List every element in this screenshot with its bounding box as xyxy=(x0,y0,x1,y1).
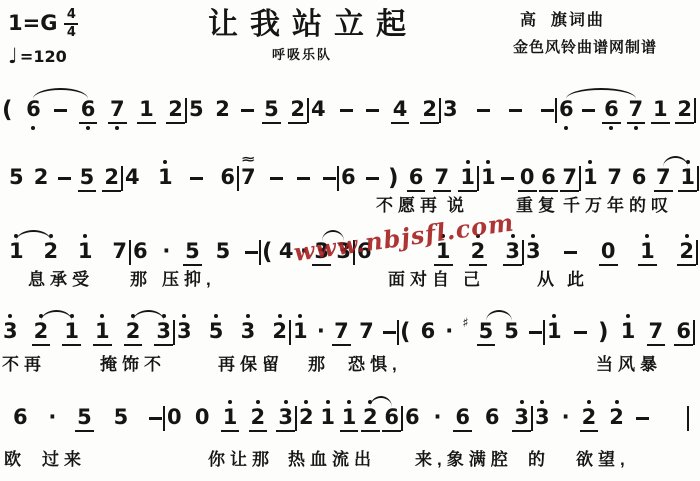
note-digit: 3 xyxy=(443,99,458,120)
eighth-underline xyxy=(651,122,670,124)
barline xyxy=(694,98,696,123)
octave-dot-above xyxy=(645,234,649,238)
eighth-underline xyxy=(183,264,202,266)
measure: 3·22 xyxy=(534,398,686,440)
note-digit: 6 xyxy=(421,321,436,342)
note-digit: 1 xyxy=(583,167,598,188)
eighth-underline xyxy=(580,430,599,432)
note-token: 3 xyxy=(534,398,551,440)
measure: 1·77 xyxy=(292,312,396,354)
note-token: 1 xyxy=(138,90,155,132)
eighth-underline xyxy=(434,264,453,266)
barline xyxy=(687,406,689,431)
note-token: 7 xyxy=(111,232,128,274)
sharp-icon: ♯ xyxy=(462,317,468,330)
duration-dash xyxy=(582,109,595,112)
measure: (6·♯55 xyxy=(400,312,542,354)
barline xyxy=(185,98,187,123)
octave-dot-above xyxy=(615,400,619,404)
note-digit: 6 xyxy=(81,99,96,120)
note-token: 1 xyxy=(77,232,94,274)
note-digit: 5 xyxy=(114,407,129,428)
eighth-underline xyxy=(62,344,81,346)
eighth-underline xyxy=(332,344,351,346)
lyric-text: 那 xyxy=(130,270,152,290)
octave-dot-above xyxy=(278,314,282,318)
barline xyxy=(401,406,403,431)
eighth-underline xyxy=(477,344,496,346)
note-digit: 6 xyxy=(220,167,235,188)
note-token: 2 xyxy=(167,90,184,132)
note-digit: 2 xyxy=(34,167,49,188)
score-line-4: 32112335321·77(6·♯551)176 xyxy=(2,312,696,354)
note-digit: 5 xyxy=(80,167,95,188)
note-token: 2 xyxy=(676,90,693,132)
barline xyxy=(696,240,698,265)
duration-dash xyxy=(297,177,310,180)
lyric-text: 此 xyxy=(567,270,589,290)
duration-dash xyxy=(564,251,577,254)
note-token: 7 xyxy=(358,312,375,354)
duration-dash xyxy=(541,109,554,112)
note-token: 3 xyxy=(176,312,193,354)
octave-dot-above xyxy=(246,314,250,318)
note-digit: 1 xyxy=(547,321,562,342)
barline xyxy=(237,166,239,191)
note-digit: 2 xyxy=(471,241,486,262)
lyric-text: 从 xyxy=(537,270,559,290)
barline xyxy=(579,166,581,191)
note-digit: 5 xyxy=(264,99,279,120)
note-token: 5 xyxy=(76,398,93,440)
note-digit: 3 xyxy=(514,407,529,428)
note-token: 0 xyxy=(600,232,617,274)
lyric-text: 当风暴 xyxy=(596,355,662,375)
duration-dash xyxy=(323,177,336,180)
octave-dot-above xyxy=(214,314,218,318)
note-digit: 6 xyxy=(632,167,647,188)
measure: 6·663 xyxy=(404,398,530,440)
note-digit: 7 xyxy=(241,167,256,188)
note-token: 6 xyxy=(675,312,692,354)
lyric-text: 不再 xyxy=(2,355,46,375)
open-paren: ( xyxy=(262,235,273,274)
lyric-text: 息承受 xyxy=(28,270,94,290)
note-digit: 2 xyxy=(582,407,597,428)
octave-dot-above xyxy=(83,234,87,238)
note-token: 6 xyxy=(484,398,501,440)
octave-dot-above xyxy=(552,314,556,318)
note-digit: 1 xyxy=(460,167,475,188)
eighth-underline xyxy=(340,430,359,432)
score-line-2: 52524167≈6)671106717671 xyxy=(8,158,700,200)
note-token: 4 xyxy=(310,90,327,132)
octave-dot-above xyxy=(588,160,592,164)
duration-dash xyxy=(54,109,67,112)
octave-dot-above xyxy=(284,400,288,404)
octave-dot-above xyxy=(256,400,260,404)
note-digit: 1 xyxy=(653,99,668,120)
eighth-underline xyxy=(382,430,401,432)
lyric-text: 你让那 xyxy=(208,450,274,470)
lyric-text: 重复 xyxy=(516,196,560,216)
note-token: 1 xyxy=(341,398,358,440)
note-digit: 3 xyxy=(156,321,171,342)
duration-dash xyxy=(574,331,587,334)
note-token: 7 xyxy=(434,158,451,200)
duration-dash xyxy=(340,109,353,112)
eighth-underline xyxy=(677,264,696,266)
duration-dash xyxy=(501,177,514,180)
note-digit: 6 xyxy=(676,321,691,342)
note-digit: 1 xyxy=(481,167,496,188)
note-token: 7 xyxy=(561,158,578,200)
note-token: 5 xyxy=(184,232,201,274)
note-digit: 6 xyxy=(409,167,424,188)
measure: 7≈ xyxy=(240,158,336,200)
note-token: 5 xyxy=(79,158,96,200)
eighth-underline xyxy=(675,122,694,124)
duration-dash xyxy=(529,331,542,334)
note-token: 1 xyxy=(639,232,656,274)
eighth-underline xyxy=(674,344,693,346)
note-digit: 7 xyxy=(334,321,349,342)
note-digit: 6 xyxy=(341,167,356,188)
eighth-underline xyxy=(78,190,97,192)
note-token: 2 xyxy=(298,398,315,440)
note-token: 7 xyxy=(109,90,126,132)
measure: 00123 xyxy=(166,398,294,440)
note-token: 2 xyxy=(214,90,231,132)
lyric-text: 不愿再 xyxy=(376,196,442,216)
note-digit: 2 xyxy=(422,99,437,120)
note-token: 5 xyxy=(188,90,205,132)
measure: 1067 xyxy=(480,158,578,200)
note-digit: 4 xyxy=(311,99,326,120)
note-digit: 6 xyxy=(384,407,399,428)
eighth-underline xyxy=(433,190,452,192)
note-token: 0 xyxy=(519,158,536,200)
note-digit: 1 xyxy=(640,241,655,262)
note-token: 1 xyxy=(546,312,563,354)
octave-dot-above xyxy=(685,234,689,238)
note-digit: 6 xyxy=(13,407,28,428)
note-token: 6 xyxy=(540,158,557,200)
octave-dot-above xyxy=(163,160,167,164)
note-digit: 1 xyxy=(95,321,110,342)
note-token: 6 xyxy=(408,158,425,200)
measure: (66712 xyxy=(2,90,184,132)
note-digit: 5 xyxy=(77,407,92,428)
octave-dot-above xyxy=(486,160,490,164)
note-digit: 1 xyxy=(320,407,335,428)
note-digit: 3 xyxy=(505,241,520,262)
octave-dot-above xyxy=(182,314,186,318)
eighth-underline xyxy=(262,122,281,124)
eighth-underline xyxy=(469,264,488,266)
eighth-underline xyxy=(249,430,268,432)
note-digit: 3 xyxy=(278,407,293,428)
lyric-text: 那 xyxy=(308,355,330,375)
note-digit: 1 xyxy=(9,241,24,262)
barline xyxy=(173,320,175,345)
measure: 416 xyxy=(124,158,236,200)
note-digit: 6 xyxy=(133,241,148,262)
eighth-underline xyxy=(166,122,185,124)
eighth-underline xyxy=(391,122,410,124)
octave-dot-below xyxy=(609,126,613,130)
note-digit: 2 xyxy=(104,167,119,188)
barline xyxy=(289,320,291,345)
measure: 6)671 xyxy=(340,158,476,200)
note-token: 7 xyxy=(648,312,665,354)
measure: 5252 xyxy=(188,90,306,132)
note-token: 1 xyxy=(157,158,174,200)
note-digit: 3 xyxy=(177,321,192,342)
eighth-underline xyxy=(560,190,579,192)
barline xyxy=(555,98,557,123)
octave-dot-below xyxy=(634,126,638,130)
eighth-underline xyxy=(647,344,666,346)
note-token: 1 xyxy=(94,312,111,354)
note-token: 3 xyxy=(277,398,294,440)
octave-dot-above xyxy=(587,400,591,404)
note-digit: 5 xyxy=(504,321,519,342)
note-digit: 1 xyxy=(158,167,173,188)
spacer xyxy=(660,430,686,440)
note-token: 2 xyxy=(33,158,50,200)
lyric-text: 热血流出 xyxy=(288,450,376,470)
lyric-text: 来,象满腔 xyxy=(415,450,513,470)
note-token: 6 xyxy=(12,398,29,440)
augmentation-dot: · xyxy=(445,312,453,354)
note-digit: 5 xyxy=(216,241,231,262)
duration-dash xyxy=(58,177,71,180)
octave-dot-below xyxy=(31,126,35,130)
lyric-text: 欲望, xyxy=(576,450,630,470)
note-token: 7 xyxy=(333,312,350,354)
note-digit: 1 xyxy=(621,321,636,342)
note-token: 2 xyxy=(581,398,598,440)
note-digit: 4 xyxy=(393,99,408,120)
eighth-underline xyxy=(124,344,143,346)
barline xyxy=(697,166,699,191)
note-digit: 6 xyxy=(485,407,500,428)
eighth-underline xyxy=(420,122,439,124)
eighth-underline xyxy=(32,344,51,346)
close-paren: ) xyxy=(598,315,609,354)
measure: 6·55 xyxy=(12,398,162,440)
note-token: 7≈ xyxy=(240,158,257,200)
eighth-underline xyxy=(288,122,307,124)
barline xyxy=(531,406,533,431)
lyric-text: 的 xyxy=(528,450,550,470)
note-token: 0 xyxy=(194,398,211,440)
augmentation-dot: · xyxy=(317,312,325,354)
duration-dash xyxy=(245,251,258,254)
lyric-text: 压抑, xyxy=(162,270,216,290)
sheet-music-page: { "header": { "key": "1=G", "time_num": … xyxy=(0,0,700,481)
barline xyxy=(295,406,297,431)
note-token: 4 xyxy=(124,158,141,200)
note-digit: 5 xyxy=(9,167,24,188)
note-token: 0 xyxy=(166,398,183,440)
note-digit: 5 xyxy=(209,321,224,342)
note-token: 2 xyxy=(271,312,288,354)
octave-dot-above xyxy=(100,314,104,318)
measure: 1)176 xyxy=(546,312,692,354)
note-digit: 2 xyxy=(272,321,287,342)
note-digit: 1 xyxy=(223,407,238,428)
note-digit: 7 xyxy=(607,167,622,188)
augmentation-dot: · xyxy=(162,232,170,274)
octave-dot-above xyxy=(531,234,535,238)
note-digit: 1 xyxy=(64,321,79,342)
note-digit: 6 xyxy=(26,99,41,120)
note-token: 1 xyxy=(222,398,239,440)
note-token: 6 xyxy=(454,398,471,440)
note-digit: 3 xyxy=(535,407,550,428)
note-token: 3 xyxy=(240,312,257,354)
note-digit: 6 xyxy=(604,99,619,120)
note-digit: 4 xyxy=(125,167,140,188)
barline xyxy=(163,406,165,431)
eighth-underline xyxy=(602,122,621,124)
lyric-text: 面对自 xyxy=(388,270,454,290)
duration-dash xyxy=(241,109,254,112)
note-digit: 3 xyxy=(3,321,18,342)
note-token: 5 xyxy=(208,312,225,354)
augmentation-dot: · xyxy=(562,398,570,440)
note-token: 4 xyxy=(392,90,409,132)
close-paren: ) xyxy=(388,161,399,200)
barline xyxy=(129,240,131,265)
note-digit: 3 xyxy=(241,321,256,342)
note-digit: 1 xyxy=(293,321,308,342)
eighth-underline xyxy=(654,190,673,192)
barline xyxy=(307,98,309,123)
measure: 3012 xyxy=(525,232,695,274)
lyric-text: 恐惧, xyxy=(348,355,402,375)
duration-dash xyxy=(383,331,396,334)
octave-dot-above xyxy=(520,400,524,404)
eighth-underline xyxy=(599,264,618,266)
octave-dot-below xyxy=(564,126,568,130)
score-line-5: 6·5500123211266·6633·22 xyxy=(12,398,690,440)
measure: 5252 xyxy=(8,158,120,200)
duration-dash xyxy=(509,109,522,112)
note-token: 5 xyxy=(8,158,25,200)
eighth-underline xyxy=(453,430,472,432)
duration-dash xyxy=(270,177,283,180)
note-token: 1 xyxy=(620,312,637,354)
note-token: 2 xyxy=(608,398,625,440)
octave-dot-above xyxy=(298,314,302,318)
eighth-underline xyxy=(221,430,240,432)
note-token: 6 xyxy=(404,398,421,440)
note-token: 6 xyxy=(340,158,357,200)
note-digit: 7 xyxy=(110,99,125,120)
barline xyxy=(121,166,123,191)
note-token: 3 xyxy=(442,90,459,132)
note-token: 3 xyxy=(504,232,521,274)
note-digit: 1 xyxy=(139,99,154,120)
eighth-underline xyxy=(458,190,477,192)
measure: 6·55 xyxy=(132,232,258,274)
lyric-text: 欧 xyxy=(4,450,26,470)
eighth-underline xyxy=(75,430,94,432)
barline xyxy=(439,98,441,123)
note-digit: 5 xyxy=(189,99,204,120)
note-digit: 7 xyxy=(629,99,644,120)
barline xyxy=(397,320,399,345)
open-paren: ( xyxy=(2,93,13,132)
note-digit: 1 xyxy=(78,241,93,262)
note-token: 1 xyxy=(480,158,497,200)
barline xyxy=(543,320,545,345)
barline xyxy=(522,240,524,265)
eighth-underline xyxy=(93,344,112,346)
eighth-underline xyxy=(518,190,537,192)
octave-dot-above xyxy=(326,400,330,404)
note-token: 5 xyxy=(263,90,280,132)
eighth-underline xyxy=(102,190,121,192)
barline xyxy=(477,166,479,191)
note-token: 6 xyxy=(420,312,437,354)
note-digit: 7 xyxy=(649,321,664,342)
note-digit: 0 xyxy=(601,241,616,262)
note-digit: 6 xyxy=(405,407,420,428)
note-token: 1 xyxy=(292,312,309,354)
eighth-underline xyxy=(503,264,522,266)
note-digit: 2 xyxy=(363,407,378,428)
eighth-underline xyxy=(539,190,558,192)
eighth-underline xyxy=(137,122,156,124)
note-token: 1 xyxy=(319,398,336,440)
note-token: 6 xyxy=(631,158,648,200)
note-digit: 2 xyxy=(43,241,58,262)
note-token: 1 xyxy=(459,158,476,200)
note-digit: 2 xyxy=(299,407,314,428)
eighth-underline xyxy=(361,430,380,432)
eighth-underline xyxy=(512,430,531,432)
open-paren: ( xyxy=(400,315,411,354)
eighth-underline xyxy=(154,344,173,346)
octave-dot-above xyxy=(347,400,351,404)
eighth-underline xyxy=(108,122,127,124)
trill-icon: ≈ xyxy=(241,153,256,165)
octave-dot-above xyxy=(228,400,232,404)
octave-dot-above xyxy=(466,160,470,164)
note-token: 2 xyxy=(250,398,267,440)
note-token: 2 xyxy=(289,90,306,132)
note-digit: 7 xyxy=(359,321,374,342)
note-digit: 6 xyxy=(559,99,574,120)
octave-dot-above xyxy=(626,314,630,318)
note-digit: 2 xyxy=(168,99,183,120)
note-token: 7 xyxy=(606,158,623,200)
octave-dot-below xyxy=(115,126,119,130)
eighth-underline xyxy=(276,430,295,432)
eighth-underline xyxy=(627,122,646,124)
note-digit: 0 xyxy=(195,407,210,428)
lyric-text: 千万年的叹 xyxy=(563,196,673,216)
note-digit: 2 xyxy=(34,321,49,342)
note-token: 6 xyxy=(132,232,149,274)
note-digit: 1 xyxy=(342,407,357,428)
note-digit: 0 xyxy=(520,167,535,188)
note-digit: 7 xyxy=(562,167,577,188)
